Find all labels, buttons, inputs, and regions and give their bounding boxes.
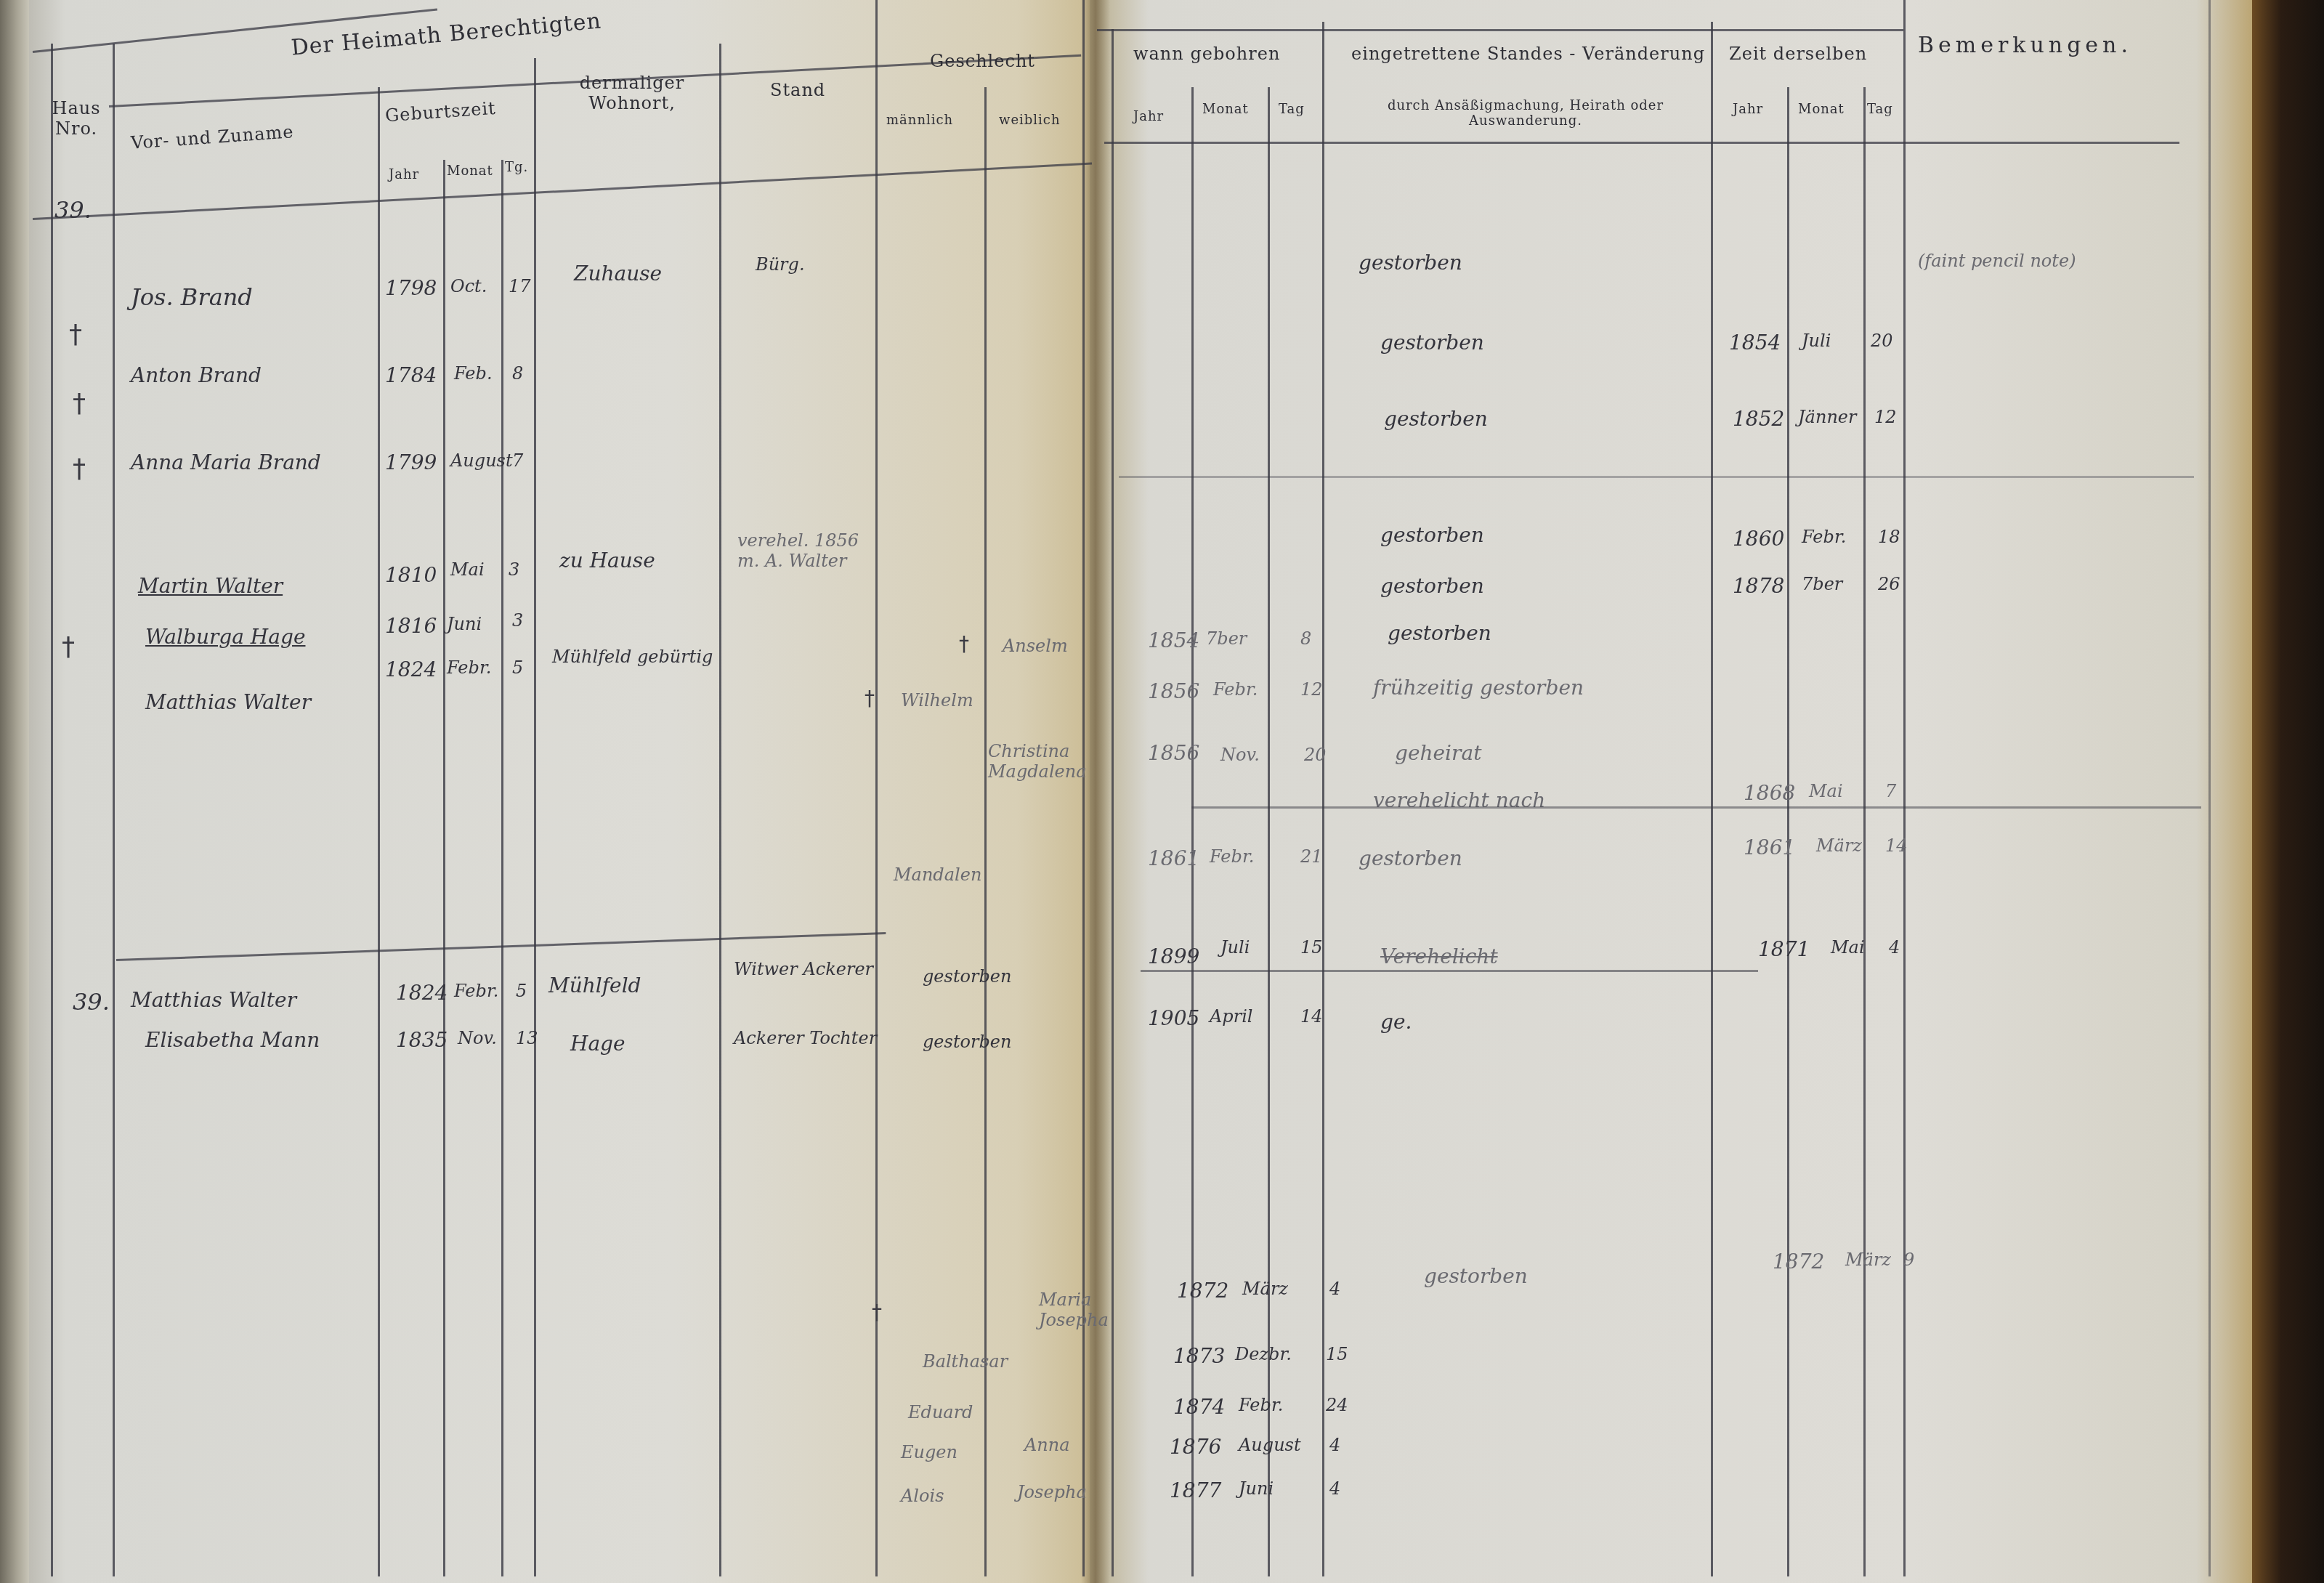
column-rule xyxy=(501,160,503,1576)
column-rule xyxy=(1863,87,1866,1576)
house-number: 39. xyxy=(73,988,110,1016)
header-month: Monat xyxy=(447,163,493,179)
entry-day: 5 xyxy=(516,981,527,1001)
header-geschlecht: Geschlecht xyxy=(930,51,1035,71)
change-text: gestorben xyxy=(1359,251,1462,275)
header-zeit-day: Tag xyxy=(1867,102,1893,117)
change-text: frühzeitig gestorben xyxy=(1373,676,1584,700)
entry-year: 1784 xyxy=(385,363,437,387)
header-veraenderung-sub: durch Ansäßigmachung, Heirath oder Auswa… xyxy=(1366,98,1685,129)
change-day: 26 xyxy=(1878,574,1900,594)
entry-day: 5 xyxy=(512,657,523,678)
entry-wohnort: Zuhause xyxy=(574,262,662,286)
entry-wohnort: Mühlfeld xyxy=(548,973,641,997)
deceased-mark: † xyxy=(73,454,86,484)
entry-day: 7 xyxy=(512,450,523,471)
entry-wohnort: zu Hause xyxy=(559,548,655,572)
column-rule xyxy=(875,0,878,1576)
header-stand: Stand xyxy=(770,80,825,100)
header-zeit-year: Jahr xyxy=(1733,102,1763,117)
born-day: 15 xyxy=(1300,937,1323,958)
change-text: gestorben xyxy=(1380,331,1484,355)
change-year: 1860 xyxy=(1733,527,1784,551)
change-month: März xyxy=(1816,835,1862,856)
born-month: April xyxy=(1210,1006,1253,1027)
child-male: Eduard xyxy=(908,1402,973,1422)
open-register-book: Der Heimath Berechtigten Haus Nro. Vor- … xyxy=(0,0,2324,1583)
change-month: Mai xyxy=(1809,781,1843,801)
born-month: Dezbr. xyxy=(1235,1344,1292,1364)
born-day: 24 xyxy=(1326,1395,1348,1415)
change-text: Verehelicht xyxy=(1380,944,1498,968)
child-male: Eugen xyxy=(901,1442,957,1462)
born-year: 1854 xyxy=(1148,628,1199,652)
entry-month: Nov. xyxy=(458,1028,497,1048)
born-month: Febr. xyxy=(1239,1395,1283,1415)
child-female: Anna xyxy=(1024,1435,1070,1455)
born-day: 4 xyxy=(1329,1435,1340,1455)
header-male: männlich xyxy=(886,113,953,128)
change-text: geheirat xyxy=(1395,741,1481,765)
born-month: Juni xyxy=(1239,1478,1274,1499)
born-day: 4 xyxy=(1329,1478,1340,1499)
change-text: gestorben xyxy=(1380,523,1484,547)
change-day: 9 xyxy=(1903,1250,1914,1270)
entry-year: 1810 xyxy=(385,563,437,587)
change-year: 1871 xyxy=(1758,937,1810,961)
column-rule xyxy=(51,44,53,1576)
entry-stand: Witwer Ackerer xyxy=(734,959,879,979)
entry-month: Febr. xyxy=(447,657,491,678)
header-rule xyxy=(1104,142,2179,144)
header-wann-gebohren: wann gebohren xyxy=(1133,44,1280,64)
deceased-mark: † xyxy=(865,687,875,710)
header-standes-veraenderung: eingetrettene Standes - Veränderung xyxy=(1351,44,1705,64)
entry-stand: Bürg. xyxy=(756,254,805,275)
header-zeit-derselben: Zeit derselben xyxy=(1729,44,1867,64)
born-month: August xyxy=(1239,1435,1301,1455)
entry-stand: verehel. 1856 m. A. Walter xyxy=(737,530,883,571)
column-rule xyxy=(1903,0,1906,1576)
entry-separator xyxy=(1141,970,1758,972)
entry-year: 1824 xyxy=(396,981,448,1005)
column-rule xyxy=(1322,22,1324,1576)
entry-month: Juni xyxy=(447,614,482,634)
book-cover-edge xyxy=(2252,0,2324,1583)
header-born-year: Jahr xyxy=(1133,109,1164,124)
entry-separator xyxy=(1119,476,2194,478)
header-female: weiblich xyxy=(999,113,1061,128)
column-rule xyxy=(534,58,536,1576)
child-female: Mandalen xyxy=(894,865,981,885)
change-text: gestorben xyxy=(1384,407,1488,431)
child-female: Anselm xyxy=(1003,636,1068,656)
born-month: 7ber xyxy=(1206,628,1247,649)
change-month: Jänner xyxy=(1798,407,1857,427)
born-day: 20 xyxy=(1304,745,1327,765)
column-rule xyxy=(378,87,380,1576)
header-rule xyxy=(1097,29,1903,31)
entry-name: Martin Walter xyxy=(138,574,283,598)
born-month: März xyxy=(1242,1279,1288,1299)
born-year: 1877 xyxy=(1170,1478,1221,1502)
deceased-mark: † xyxy=(872,1300,882,1324)
column-rule xyxy=(443,160,445,1576)
header-bemerkungen: Bemerkungen. xyxy=(1918,33,2132,58)
change-day: 18 xyxy=(1878,527,1900,547)
born-day: 8 xyxy=(1300,628,1311,649)
change-year: 1868 xyxy=(1744,781,1795,805)
change-month: März xyxy=(1845,1250,1891,1270)
born-day: 12 xyxy=(1300,679,1323,700)
born-year: 1873 xyxy=(1173,1344,1225,1368)
house-number: 39. xyxy=(54,196,92,224)
entry-name: Elisabetha Mann xyxy=(145,1028,320,1052)
change-year: 1861 xyxy=(1744,835,1795,859)
header-wohnort: dermaliger Wohnort, xyxy=(552,73,712,113)
born-month: Juli xyxy=(1220,937,1250,958)
child-female: Josepha xyxy=(1017,1482,1087,1502)
header-haus-nro: Haus Nro. xyxy=(44,98,109,139)
entry-name: Anna Maria Brand xyxy=(131,450,321,474)
change-year: 1852 xyxy=(1733,407,1784,431)
child-male: Alois xyxy=(901,1486,944,1506)
column-rule xyxy=(1082,0,1085,1576)
column-rule xyxy=(1787,87,1789,1576)
change-day: 12 xyxy=(1874,407,1897,427)
entry-name: Matthias Walter xyxy=(145,690,311,714)
entry-year: 1798 xyxy=(385,276,437,300)
column-rule xyxy=(1711,22,1713,1576)
left-page xyxy=(22,0,1104,1583)
entry-day: 3 xyxy=(512,610,523,631)
entry-day: 3 xyxy=(509,559,519,580)
born-year: 1905 xyxy=(1148,1006,1199,1030)
deceased-mark: † xyxy=(959,632,969,656)
change-text: ge. xyxy=(1380,1010,1412,1034)
entry-day: 8 xyxy=(512,363,523,384)
entry-name: Jos. Brand xyxy=(131,283,253,311)
entry-wohnort: Mühlfeld gebürtig xyxy=(552,647,713,667)
born-month: Febr. xyxy=(1213,679,1258,700)
column-rule xyxy=(113,44,115,1576)
entry-day: 13 xyxy=(516,1028,538,1048)
born-day: 14 xyxy=(1300,1006,1323,1027)
entry-name: Matthias Walter xyxy=(131,988,296,1012)
born-year: 1899 xyxy=(1148,944,1199,968)
change-day: 20 xyxy=(1871,331,1893,351)
change-month: Juli xyxy=(1802,331,1831,351)
born-year: 1856 xyxy=(1148,741,1199,765)
remark-text: (faint pencil note) xyxy=(1918,251,2076,271)
change-text: gestorben xyxy=(1424,1264,1528,1288)
deceased-mark: † xyxy=(62,632,75,662)
entry-day: 17 xyxy=(509,276,531,296)
change-day: 4 xyxy=(1889,937,1900,958)
change-day: 7 xyxy=(1885,781,1896,801)
column-rule xyxy=(719,44,721,1576)
entry-year: 1799 xyxy=(385,450,437,474)
header-year: Jahr xyxy=(389,167,419,182)
entry-year: 1824 xyxy=(385,657,437,681)
entry-month: August xyxy=(450,450,513,471)
deceased-mark: † xyxy=(69,320,82,349)
born-month: Nov. xyxy=(1220,745,1260,765)
born-day: 4 xyxy=(1329,1279,1340,1299)
born-year: 1876 xyxy=(1170,1435,1221,1459)
change-day: 14 xyxy=(1885,835,1908,856)
entry-month: Feb. xyxy=(454,363,493,384)
header-day: Tg. xyxy=(505,160,528,175)
born-month: Febr. xyxy=(1210,846,1254,867)
born-year: 1872 xyxy=(1177,1279,1228,1303)
change-year: 1872 xyxy=(1773,1250,1824,1274)
column-rule xyxy=(1112,29,1114,1576)
column-rule xyxy=(2208,0,2211,1576)
book-spine xyxy=(1081,0,1110,1583)
entry-month: Mai xyxy=(450,559,485,580)
change-text: verehelicht nach xyxy=(1373,788,1545,812)
change-year: 1854 xyxy=(1729,331,1781,355)
entry-wohnort: Hage xyxy=(570,1032,625,1056)
child-male: gestorben xyxy=(923,1032,1011,1052)
entry-name: Walburga Hage xyxy=(145,625,305,649)
header-born-day: Tag xyxy=(1279,102,1305,117)
entry-month: Oct. xyxy=(450,276,487,296)
entry-stand: Ackerer Tochter xyxy=(734,1028,879,1048)
born-day: 21 xyxy=(1300,846,1323,867)
entry-year: 1816 xyxy=(385,614,437,638)
change-year: 1878 xyxy=(1733,574,1784,598)
change-month: 7ber xyxy=(1802,574,1842,594)
born-day: 15 xyxy=(1326,1344,1348,1364)
entry-separator xyxy=(1191,806,2201,809)
deceased-mark: † xyxy=(73,389,86,418)
born-year: 1861 xyxy=(1148,846,1199,870)
entry-month: Febr. xyxy=(454,981,498,1001)
change-month: Mai xyxy=(1831,937,1865,958)
entry-name: Anton Brand xyxy=(131,363,262,387)
child-female: Christina Magdalena xyxy=(988,741,1082,782)
change-month: Febr. xyxy=(1802,527,1846,547)
child-male: gestorben xyxy=(923,966,1011,987)
change-text: gestorben xyxy=(1380,574,1484,598)
child-male: Wilhelm xyxy=(901,690,973,710)
change-text: gestorben xyxy=(1388,621,1491,645)
child-female: Maria Josepha xyxy=(1039,1290,1104,1330)
child-male: Balthasar xyxy=(923,1351,1008,1372)
born-year: 1856 xyxy=(1148,679,1199,703)
entry-year: 1835 xyxy=(396,1028,448,1052)
header-born-month: Monat xyxy=(1202,102,1249,117)
header-zeit-month: Monat xyxy=(1798,102,1845,117)
page-edge xyxy=(0,0,29,1583)
change-text: gestorben xyxy=(1359,846,1462,870)
born-year: 1874 xyxy=(1173,1395,1225,1419)
